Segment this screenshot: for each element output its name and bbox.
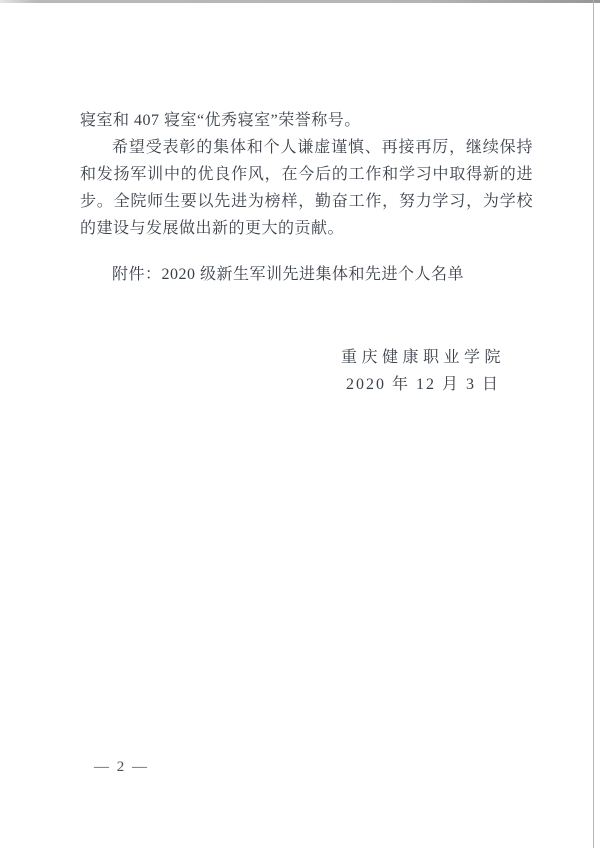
paragraph-line: 步。全院师生要以先进为榜样，勤奋工作，努力学习，为学校 (80, 188, 533, 215)
scanned-document-page: 寝室和 407 寝室“优秀寝室”荣誉称号。 希望受表彰的集体和个人谦虚谨慎、再接… (0, 0, 600, 848)
document-body: 寝室和 407 寝室“优秀寝室”荣誉称号。 希望受表彰的集体和个人谦虚谨慎、再接… (80, 107, 533, 288)
signature-date: 2020 年 12 月 3 日 (323, 371, 523, 398)
paragraph-line: 和发扬军训中的优良作风，在今后的工作和学习中取得新的进 (80, 161, 533, 188)
signature-block: 重庆健康职业学院 2020 年 12 月 3 日 (323, 344, 523, 398)
signature-organization: 重庆健康职业学院 (323, 344, 523, 371)
blank-line-spacer (80, 242, 533, 261)
paragraph-line: 希望受表彰的集体和个人谦虚谨慎、再接再厉，继续保持 (80, 134, 533, 161)
scan-right-edge-artifact (593, 0, 595, 848)
paragraph-line: 的建设与发展做出新的更大的贡献。 (80, 215, 533, 242)
attachment-line: 附件：2020 级新生军训先进集体和先进个人名单 (80, 261, 533, 288)
page-number: — 2 — (94, 759, 149, 776)
intro-line: 寝室和 407 寝室“优秀寝室”荣誉称号。 (80, 107, 533, 134)
scan-top-edge-artifact (0, 0, 600, 3)
